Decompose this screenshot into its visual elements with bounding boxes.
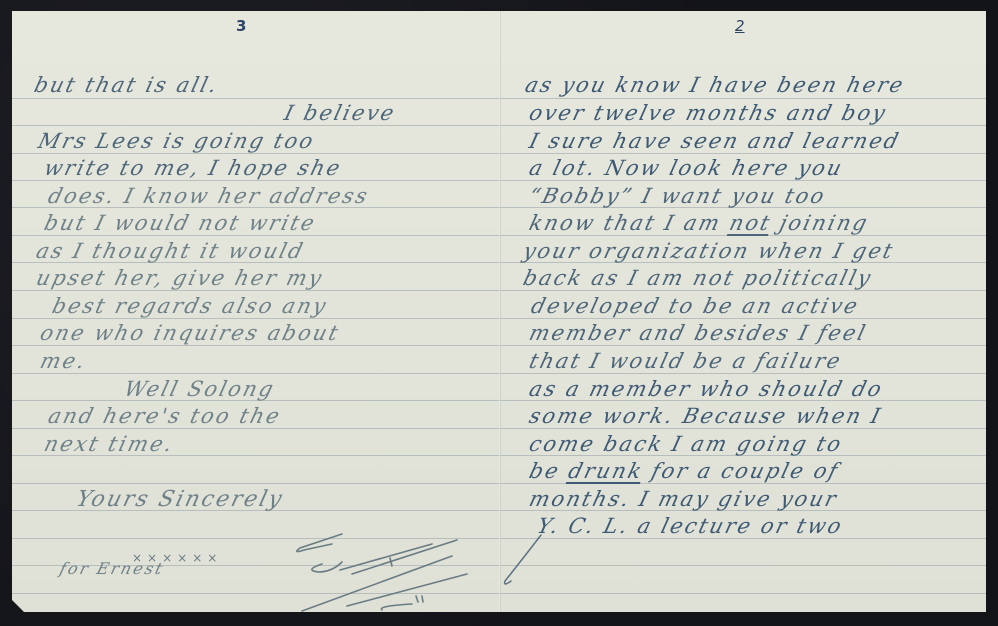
signature-scrawl-icon <box>282 526 472 616</box>
letter-line: one who inquires about <box>38 323 342 344</box>
letter-line: but I would not write <box>42 213 318 234</box>
letter-line: Y. C. L. a lecture or two <box>535 516 845 537</box>
letter-line: I sure have seen and learned <box>527 131 902 152</box>
right-page: 2 as you know I have been here over twel… <box>501 11 986 612</box>
letter-line: back as I am not politically <box>521 268 875 289</box>
letter-line: that I would be a failure <box>527 351 844 372</box>
underlined-word: drunk <box>566 459 646 483</box>
page-number: 2 <box>735 17 745 35</box>
letter-line: but that is all. <box>32 75 221 96</box>
pen-flourish-icon <box>501 531 561 591</box>
line-text: know that I am <box>527 211 733 235</box>
letter-line: and here's too the <box>46 406 283 427</box>
letter-line: as I thought it would <box>34 241 307 262</box>
letter-line: Well Solong <box>122 379 277 400</box>
signature: Cliff <box>282 526 472 616</box>
letter-line: months. I may give your <box>527 489 840 510</box>
letter-line: over twelve months and boy <box>527 103 889 124</box>
letter-line: some work. Because when I <box>527 406 884 427</box>
letter-line: write to me, I hope she <box>42 158 344 179</box>
letter-line: does. I know her address <box>46 186 371 207</box>
letter-line: I believe <box>282 103 398 124</box>
line-text: joining <box>768 211 871 235</box>
closing-line: Yours Sincerely <box>74 489 286 511</box>
letter-line: Mrs Lees is going too <box>36 131 317 152</box>
letter-line: as a member who should do <box>527 379 885 400</box>
letter-line: upset her, give her my <box>34 268 326 289</box>
underlined-word: not <box>727 211 774 235</box>
letter-line: know that I am not joining <box>527 213 871 234</box>
letter-line: member and besides I feel <box>527 323 869 344</box>
letter-line: best regards also any <box>50 296 330 317</box>
left-page: 3 but that is all. I believe Mrs Lees is… <box>12 11 499 612</box>
line-text: be <box>527 459 572 483</box>
letter-line: next time. <box>42 434 176 455</box>
letter-line: your organization when I get <box>521 241 896 262</box>
letter-line: as you know I have been here <box>523 75 907 96</box>
letter-line: be drunk for a couple of <box>527 461 841 482</box>
page-number: 3 <box>236 17 246 35</box>
letter-line: “Bobby” I want you too <box>527 186 828 207</box>
kisses: ×××××× <box>132 551 222 565</box>
letter-line: come back I am going to <box>527 434 845 455</box>
letter-sheet: 3 but that is all. I believe Mrs Lees is… <box>12 11 986 612</box>
letter-line: developed to be an active <box>529 296 862 317</box>
line-text: for a couple of <box>640 459 842 483</box>
letter-line: a lot. Now look here you <box>527 158 846 179</box>
letter-line: me. <box>38 351 89 372</box>
